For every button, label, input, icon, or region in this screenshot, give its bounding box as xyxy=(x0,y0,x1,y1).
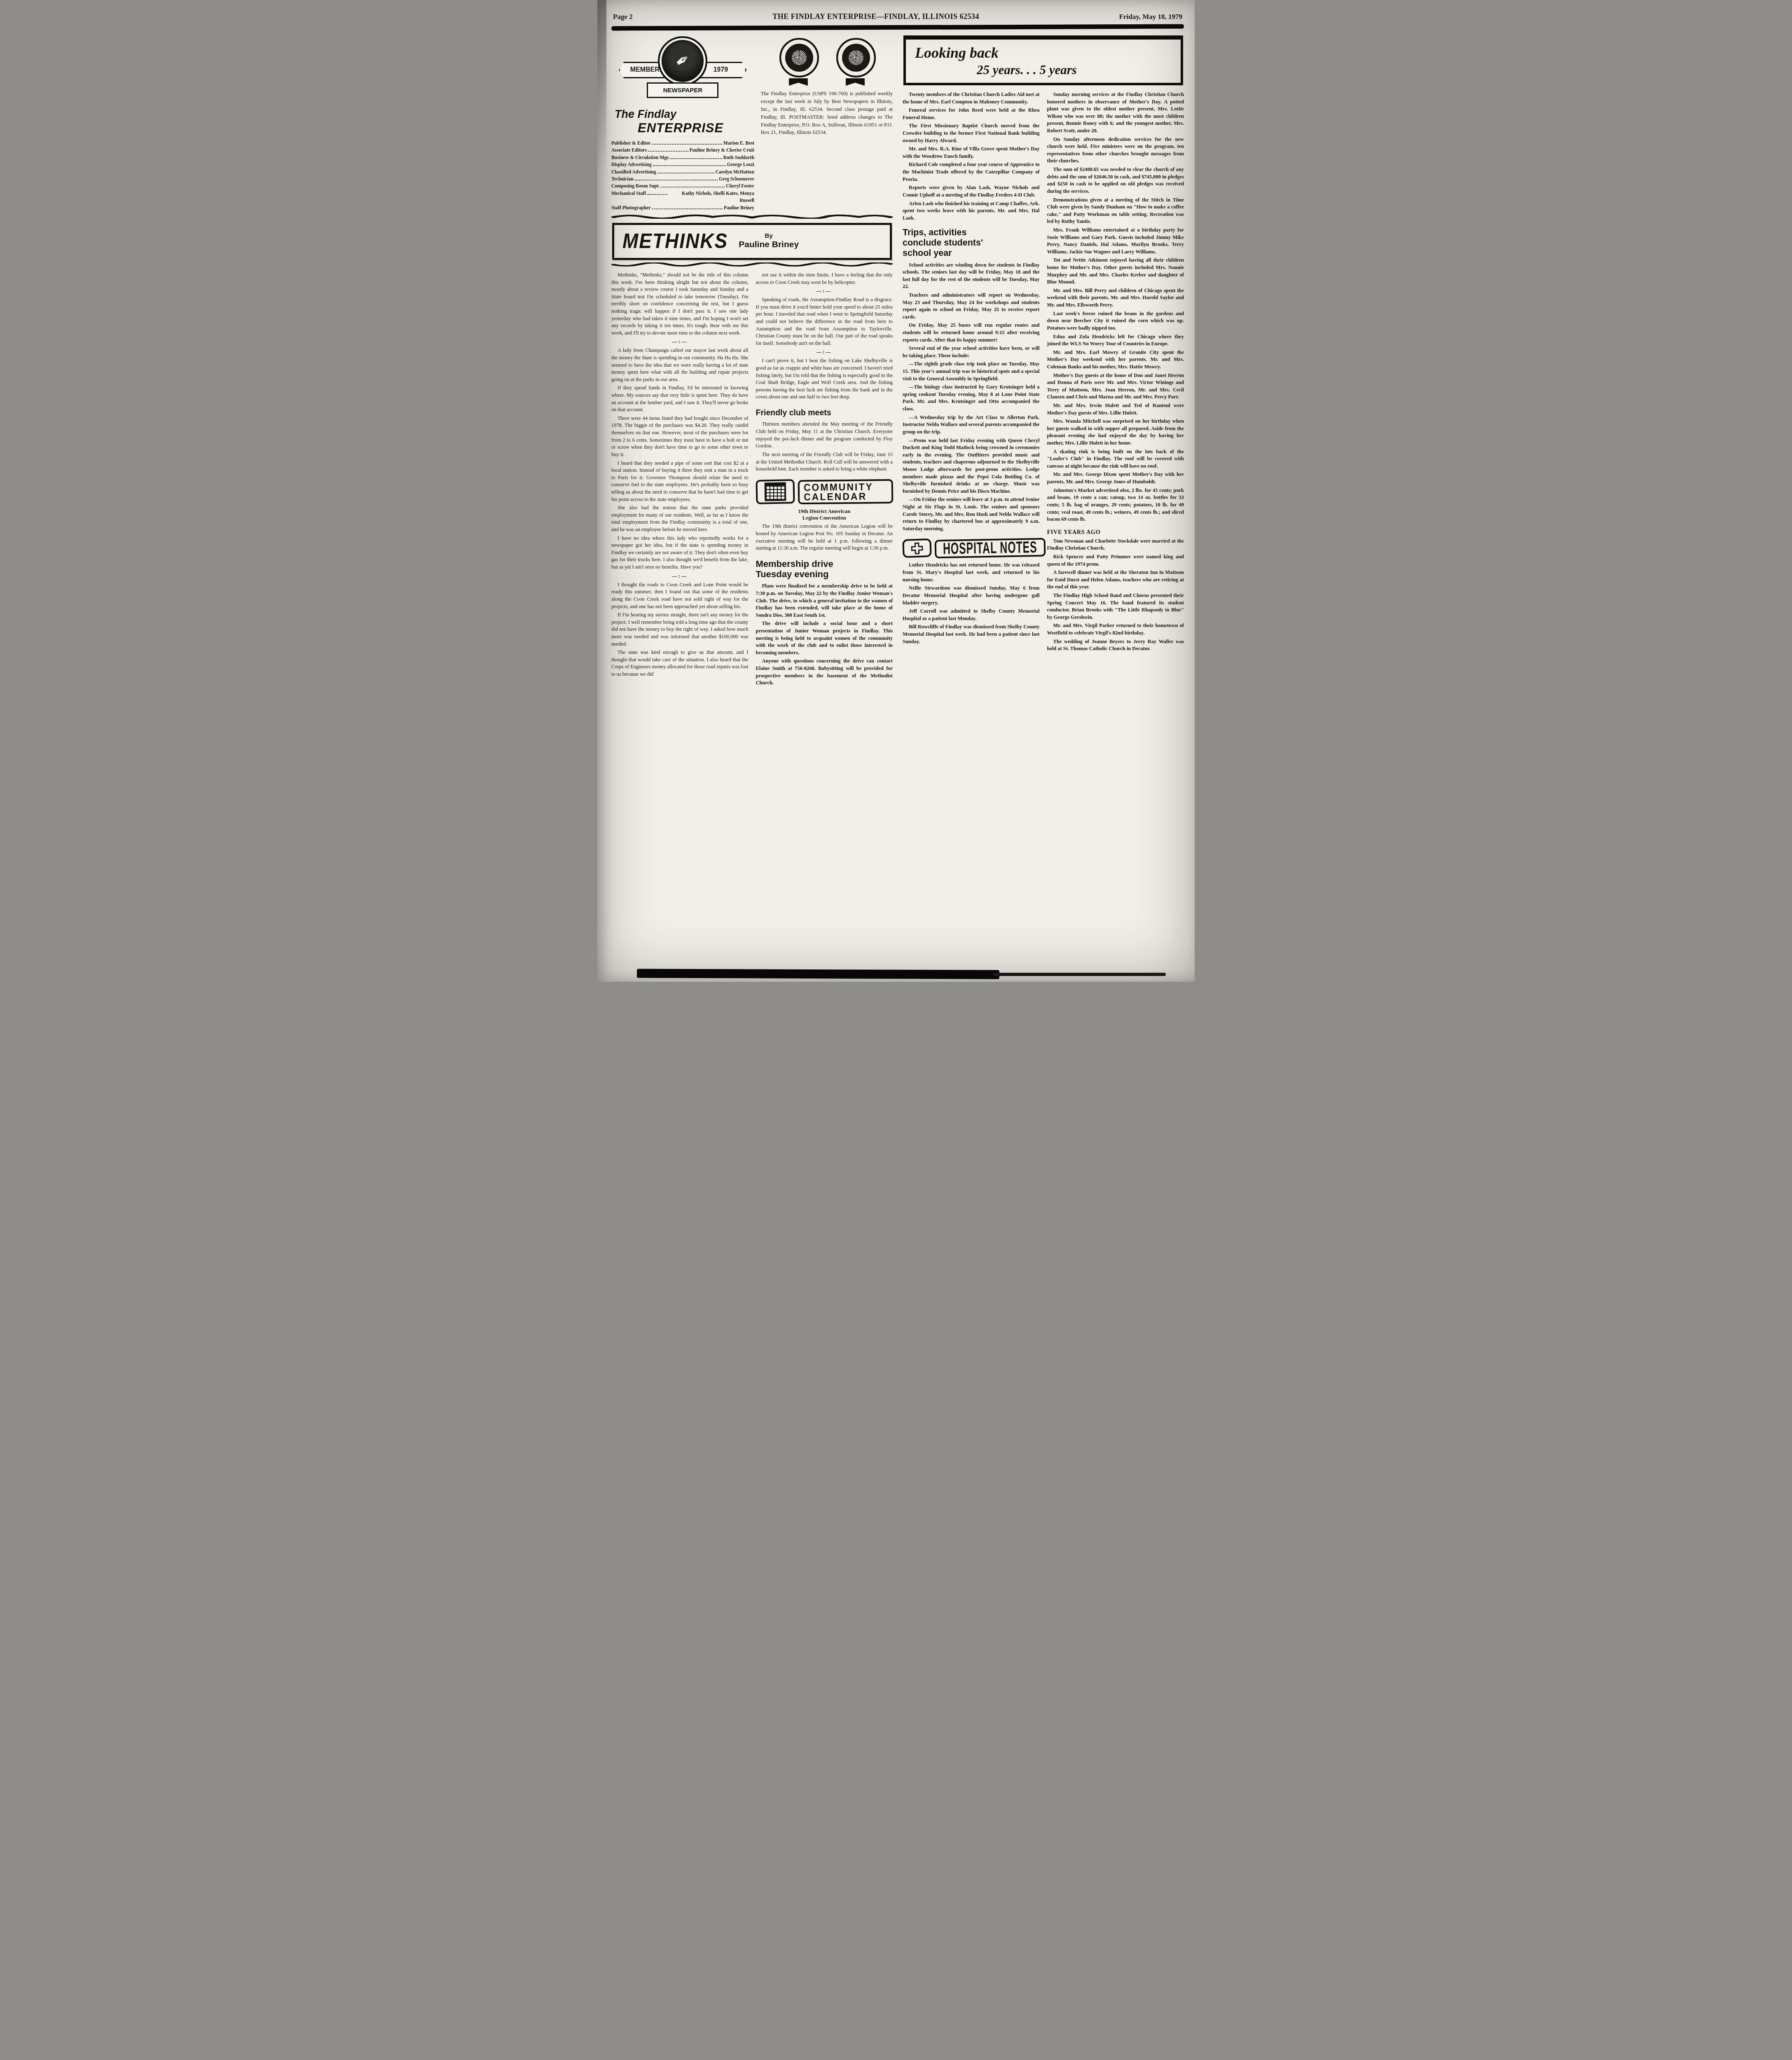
staff-list: Publisher & EditorMarion E. BestAssociat… xyxy=(611,140,754,211)
quill-icon: ✒ xyxy=(672,50,694,73)
member-1979-badge: MEMBER ✒ 1979 NEWSPAPER xyxy=(619,36,746,105)
staff-role: Business & Circulation Mgr. xyxy=(611,154,669,161)
section-separator: —:— xyxy=(756,288,893,294)
header-rule xyxy=(611,24,1184,31)
newspaper-page: Page 2 THE FINDLAY ENTERPRISE—FINDLAY, I… xyxy=(597,0,1195,982)
looking-back-paragraph: Tot and Nettie Atkinson enjoyed having a… xyxy=(1047,257,1184,286)
friendly-club-body: Thirteen members attended the May meetin… xyxy=(756,421,893,473)
friendly-club-paragraph: The next meeting of the Friendly Club wi… xyxy=(756,451,893,473)
trips-heading: Trips, activities conclude students' sch… xyxy=(903,227,1040,258)
press-contest-seal-icon xyxy=(836,38,874,84)
paper-title-line2: ENTERPRISE xyxy=(638,121,754,136)
dot-leader xyxy=(635,180,718,180)
methinks-column-2: not use it within the time limits. I hav… xyxy=(756,272,893,401)
dot-leader xyxy=(661,187,725,187)
looking-back-paragraph: Edna and Zola Hendricks left for Chicago… xyxy=(1047,333,1184,348)
looking-back-column-2: Sunday morning services at the Findlay C… xyxy=(1047,91,1184,523)
staff-role: Mechanical Staff xyxy=(611,190,646,197)
trips-paragraph: Several end of the year school activitie… xyxy=(903,345,1040,359)
membership-paragraph: Plans were finalized for a membership dr… xyxy=(756,583,893,619)
looking-back-paragraph: Mr. and Mrs. George Dixon spent Mother's… xyxy=(1047,471,1184,485)
running-header: Page 2 THE FINDLAY ENTERPRISE—FINDLAY, I… xyxy=(611,7,1184,24)
methinks-columns: Methinks, "Methinks," should not be the … xyxy=(611,272,893,688)
press-association-seal-icon: ✒ xyxy=(658,36,707,86)
staff-role: Classified Advertising xyxy=(611,169,656,176)
contest-seals xyxy=(761,38,893,84)
masthead-row: MEMBER ✒ 1979 NEWSPAPER The Findlay ENTE… xyxy=(611,36,893,211)
community-calendar-line2: CALENDAR xyxy=(803,491,887,502)
trips-paragraph: —A Wednesday trip by the Art Class to Al… xyxy=(903,414,1040,436)
looking-back-paragraph: Reports were given by Alan Lash, Wayne N… xyxy=(903,184,1040,199)
community-calendar-label: COMMUNITY CALENDAR xyxy=(798,479,893,504)
trips-paragraph: —The biology class instructed by Gary Kr… xyxy=(903,384,1040,412)
looking-back-paragraph: Sunday morning services at the Findlay C… xyxy=(1047,91,1184,135)
methinks-paragraph: There were 44 items listed they had boug… xyxy=(611,415,749,459)
methinks-header-box: METHINKS By Pauline Briney xyxy=(612,223,892,260)
running-title: THE FINDLAY ENTERPRISE—FINDLAY, ILLINOIS… xyxy=(772,12,979,21)
staff-name: Kathy Nichols, Shelli Kates, Monya Russe… xyxy=(669,190,754,204)
looking-back-paragraph: Demonstrations given at a meeting of the… xyxy=(1047,197,1184,225)
looking-back-paragraph: On Sunday afternoon dedication services … xyxy=(1047,136,1184,165)
looking-back-paragraph: The sum of $2408.65 was needed to clear … xyxy=(1047,166,1184,195)
methinks-paragraph: The state was kind enough to give us tha… xyxy=(611,649,749,678)
five-years-ago-heading: FIVE YEARS AGO xyxy=(1047,529,1184,536)
looking-back-paragraph: Funeral services for John Reed were held… xyxy=(903,107,1040,121)
staff-name: Carolyn McHatton xyxy=(716,169,754,176)
methinks-paragraph: Speaking of roads, the Assumption-Findla… xyxy=(756,296,893,347)
staff-name: George Lozzi xyxy=(727,161,754,168)
staff-role: Publisher & Editor xyxy=(611,140,650,147)
right-half: Looking back 25 years. . . 5 years Twent… xyxy=(903,36,1184,688)
methinks-paragraph: not use it within the time limits. I hav… xyxy=(756,272,893,286)
friendly-club-paragraph: Thirteen members attended the May meetin… xyxy=(756,421,893,449)
methinks-paragraph: If they spend funds in Findlay, I'd be i… xyxy=(611,384,749,413)
column-c: Twenty members of the Christian Church L… xyxy=(903,91,1040,654)
dot-leader xyxy=(653,165,726,166)
legion-convention-body: The 19th district convention of the Amer… xyxy=(756,523,893,552)
looking-back-header-box: Looking back 25 years. . . 5 years xyxy=(903,37,1183,85)
looking-back-paragraph: Mr. and Mrs. R.A. Rine of Villa Grove sp… xyxy=(903,145,1040,160)
masthead-right-block: The Findlay Enterprise (USPS 190-760) is… xyxy=(761,36,893,211)
methinks-paragraph: A lady from Champaign called our mayor l… xyxy=(611,347,749,383)
staff-role: Display Advertising xyxy=(611,161,652,168)
methinks-paragraph: She also had the notion that the state p… xyxy=(611,504,749,533)
methinks-paragraph: If I'm hearing my stories straight, ther… xyxy=(611,611,749,648)
byline-by: By xyxy=(765,232,773,239)
trips-paragraph: —The eighth grade class trip took place … xyxy=(903,360,1040,382)
membership-drive-body: Plans were finalized for a membership dr… xyxy=(756,583,893,687)
looking-back-paragraph: Arlen Lash who finished his training at … xyxy=(903,200,1040,222)
section-separator: —:— xyxy=(611,339,749,345)
five-years-paragraph: A farewell dinner was held at the Sherat… xyxy=(1047,569,1184,591)
looking-back-paragraph: Mrs. Wanda Mitchell was surprised on her… xyxy=(1047,418,1184,447)
five-years-ago-body: Tom Newman and Charlotte Stockdale were … xyxy=(1047,538,1184,653)
trips-paragraph: —On Friday the seniors will leave at 3 p… xyxy=(903,496,1040,532)
hospital-paragraph: Jeff Carroll was admitted to Shelby Coun… xyxy=(903,608,1040,622)
issue-date: Friday, May 18, 1979 xyxy=(1119,13,1182,21)
methinks-title: METHINKS xyxy=(622,229,728,253)
hospital-notes-badge: HOSPITAL NOTES xyxy=(903,539,1040,557)
five-years-paragraph: Rick Spencer and Patty Primmer were name… xyxy=(1047,553,1184,568)
dot-leader xyxy=(647,194,667,195)
membership-drive-heading: Membership drive Tuesday evening xyxy=(756,559,893,580)
calendar-icon xyxy=(756,479,795,504)
page-body: MEMBER ✒ 1979 NEWSPAPER The Findlay ENTE… xyxy=(611,36,1184,688)
looking-back-paragraph: Mr. and Mrs. Earl Mowry of Granite City … xyxy=(1047,349,1184,371)
byline-name: Pauline Briney xyxy=(739,240,799,249)
paper-title-line1: The Findlay xyxy=(615,108,754,121)
staff-row: Classified AdvertisingCarolyn McHatton xyxy=(611,169,754,176)
staff-row: Associate EditorsPauline Briney & Cheris… xyxy=(611,147,754,154)
staff-name: Marion E. Best xyxy=(723,140,754,147)
five-years-paragraph: Mr. and Mrs. Virgil Parker returned to t… xyxy=(1047,622,1184,637)
staff-name: Ruth Suddarth xyxy=(723,154,754,161)
hospital-notes-label: HOSPITAL NOTES xyxy=(943,538,1037,558)
membership-paragraph: The drive will include a social hour and… xyxy=(756,620,893,656)
looking-back-paragraph: The First Missionary Baptist Church move… xyxy=(903,122,1040,144)
section-separator: —:— xyxy=(756,349,893,355)
staff-role: Technician xyxy=(611,176,634,183)
looking-back-columns: Twenty members of the Christian Church L… xyxy=(903,91,1184,654)
friendly-club-heading: Friendly club meets xyxy=(756,408,893,417)
scan-bottom-bar xyxy=(993,973,1166,976)
masthead-block: MEMBER ✒ 1979 NEWSPAPER The Findlay ENTE… xyxy=(611,36,754,211)
trips-paragraph: —Prom was held last Friday evening with … xyxy=(903,437,1040,495)
hospital-notes-body: Luther Hendricks has not returned home. … xyxy=(903,562,1040,645)
scan-edge-smudge xyxy=(597,0,606,173)
brace-divider xyxy=(611,214,893,219)
dot-leader xyxy=(652,144,722,145)
five-years-paragraph: The Findlay High School Band and Chorus … xyxy=(1047,592,1184,621)
looking-back-title: Looking back xyxy=(915,45,1172,60)
page-content: Page 2 THE FINDLAY ENTERPRISE—FINDLAY, I… xyxy=(597,0,1195,713)
legion-paragraph: The 19th district convention of the Amer… xyxy=(756,523,893,552)
trips-paragraph: School activities are winding down for s… xyxy=(903,262,1040,290)
usps-notice: The Findlay Enterprise (USPS 190-760) is… xyxy=(761,90,893,136)
legion-convention-subhead: 19th District American Legion Convention xyxy=(756,508,893,522)
membership-paragraph: Anyone with questions concerning the dri… xyxy=(756,658,893,686)
looking-back-paragraph: Twenty members of the Christian Church L… xyxy=(903,91,1040,105)
scallop-divider xyxy=(611,262,893,267)
looking-back-subtitle: 25 years. . . 5 years xyxy=(977,63,1172,76)
methinks-paragraph: I have no idea where this lady who repor… xyxy=(611,535,749,571)
staff-role: Composing Room Supt. xyxy=(611,183,660,190)
looking-back-paragraph: Richard Cole completed a four year cours… xyxy=(903,161,1040,183)
dot-leader xyxy=(652,208,723,209)
looking-back-paragraph: Johnston's Market advertised oleo, 2 lbs… xyxy=(1047,487,1184,523)
staff-row: Display AdvertisingGeorge Lozzi xyxy=(611,161,754,168)
methinks-paragraph: I can't prove it, but I hear the fishing… xyxy=(756,357,893,401)
staff-row: Business & Circulation Mgr.Ruth Suddarth xyxy=(611,154,754,161)
looking-back-paragraph: Mother's Day guests at the home of Don a… xyxy=(1047,372,1184,401)
staff-row: Staff PhotographerPauline Briney xyxy=(611,204,754,211)
dot-leader xyxy=(671,158,722,159)
trips-paragraph: Teachers and administrators will report … xyxy=(903,292,1040,321)
methinks-byline: By Pauline Briney xyxy=(739,232,799,250)
community-calendar-badge: COMMUNITY CALENDAR xyxy=(756,480,893,504)
staff-name: Pauline Briney & Cherise Cruit xyxy=(690,147,754,154)
staff-row: Composing Room Supt.Cheryl Foster xyxy=(611,183,754,190)
five-years-paragraph: Tom Newman and Charlotte Stockdale were … xyxy=(1047,538,1184,552)
staff-name: Cheryl Foster xyxy=(726,183,754,190)
staff-row: Publisher & EditorMarion E. Best xyxy=(611,140,754,147)
methinks-paragraph: I heard that they needed a pipe of some … xyxy=(611,460,749,503)
page-number: Page 2 xyxy=(613,13,633,21)
medical-cross-icon xyxy=(902,538,932,558)
dot-leader xyxy=(657,173,714,173)
looking-back-paragraph: A skating rink is being built on the lot… xyxy=(1047,448,1184,470)
staff-row: Mechanical StaffKathy Nichols, Shelli Ka… xyxy=(611,190,754,204)
trips-body: School activities are winding down for s… xyxy=(903,262,1040,533)
hospital-paragraph: Luther Hendricks has not returned home. … xyxy=(903,562,1040,583)
hospital-paragraph: Nellie Stewardson was dismissed Sunday, … xyxy=(903,585,1040,606)
methinks-paragraph: I thought the roads to Coon Creek and Lo… xyxy=(611,581,749,610)
hospital-notes-label-box: HOSPITAL NOTES xyxy=(935,538,1046,559)
looking-back-paragraph: Last week's freeze ruined the beans in t… xyxy=(1047,310,1184,332)
trips-paragraph: On Friday, May 25 buses will run regular… xyxy=(903,322,1040,344)
section-separator: —:— xyxy=(611,573,749,579)
staff-role: Associate Editors xyxy=(611,147,647,154)
newspaper-ribbon: NEWSPAPER xyxy=(647,82,718,98)
column-b: not use it within the time limits. I hav… xyxy=(756,272,893,688)
methinks-column-1: Methinks, "Methinks," should not be the … xyxy=(611,272,749,688)
looking-back-paragraph: Mrs. Frank Williams entertained at a bir… xyxy=(1047,227,1184,255)
column-d: Sunday morning services at the Findlay C… xyxy=(1047,91,1184,654)
looking-back-paragraph: Mr. and Mrs. Bill Perry and children of … xyxy=(1047,287,1184,309)
looking-back-column-1: Twenty members of the Christian Church L… xyxy=(903,91,1040,222)
scan-bottom-bar xyxy=(637,969,999,979)
staff-role: Staff Photographer xyxy=(611,204,651,211)
looking-back-paragraph: Mr. and Mrs. Irwin Hulett and Ted of Ran… xyxy=(1047,402,1184,417)
press-contest-seal-icon xyxy=(779,38,817,84)
dot-leader xyxy=(648,151,688,152)
methinks-paragraph: Methinks, "Methinks," should not be the … xyxy=(611,272,749,337)
hospital-paragraph: Bill Rowcliffe of Findlay was dismissed … xyxy=(903,623,1040,645)
staff-row: TechnicianGreg Schoonover xyxy=(611,176,754,183)
five-years-paragraph: The wedding of Joanne Beyers to Jerry Ra… xyxy=(1047,638,1184,653)
left-half: MEMBER ✒ 1979 NEWSPAPER The Findlay ENTE… xyxy=(611,36,893,688)
staff-name: Greg Schoonover xyxy=(719,176,754,183)
staff-name: Pauline Briney xyxy=(724,204,754,211)
